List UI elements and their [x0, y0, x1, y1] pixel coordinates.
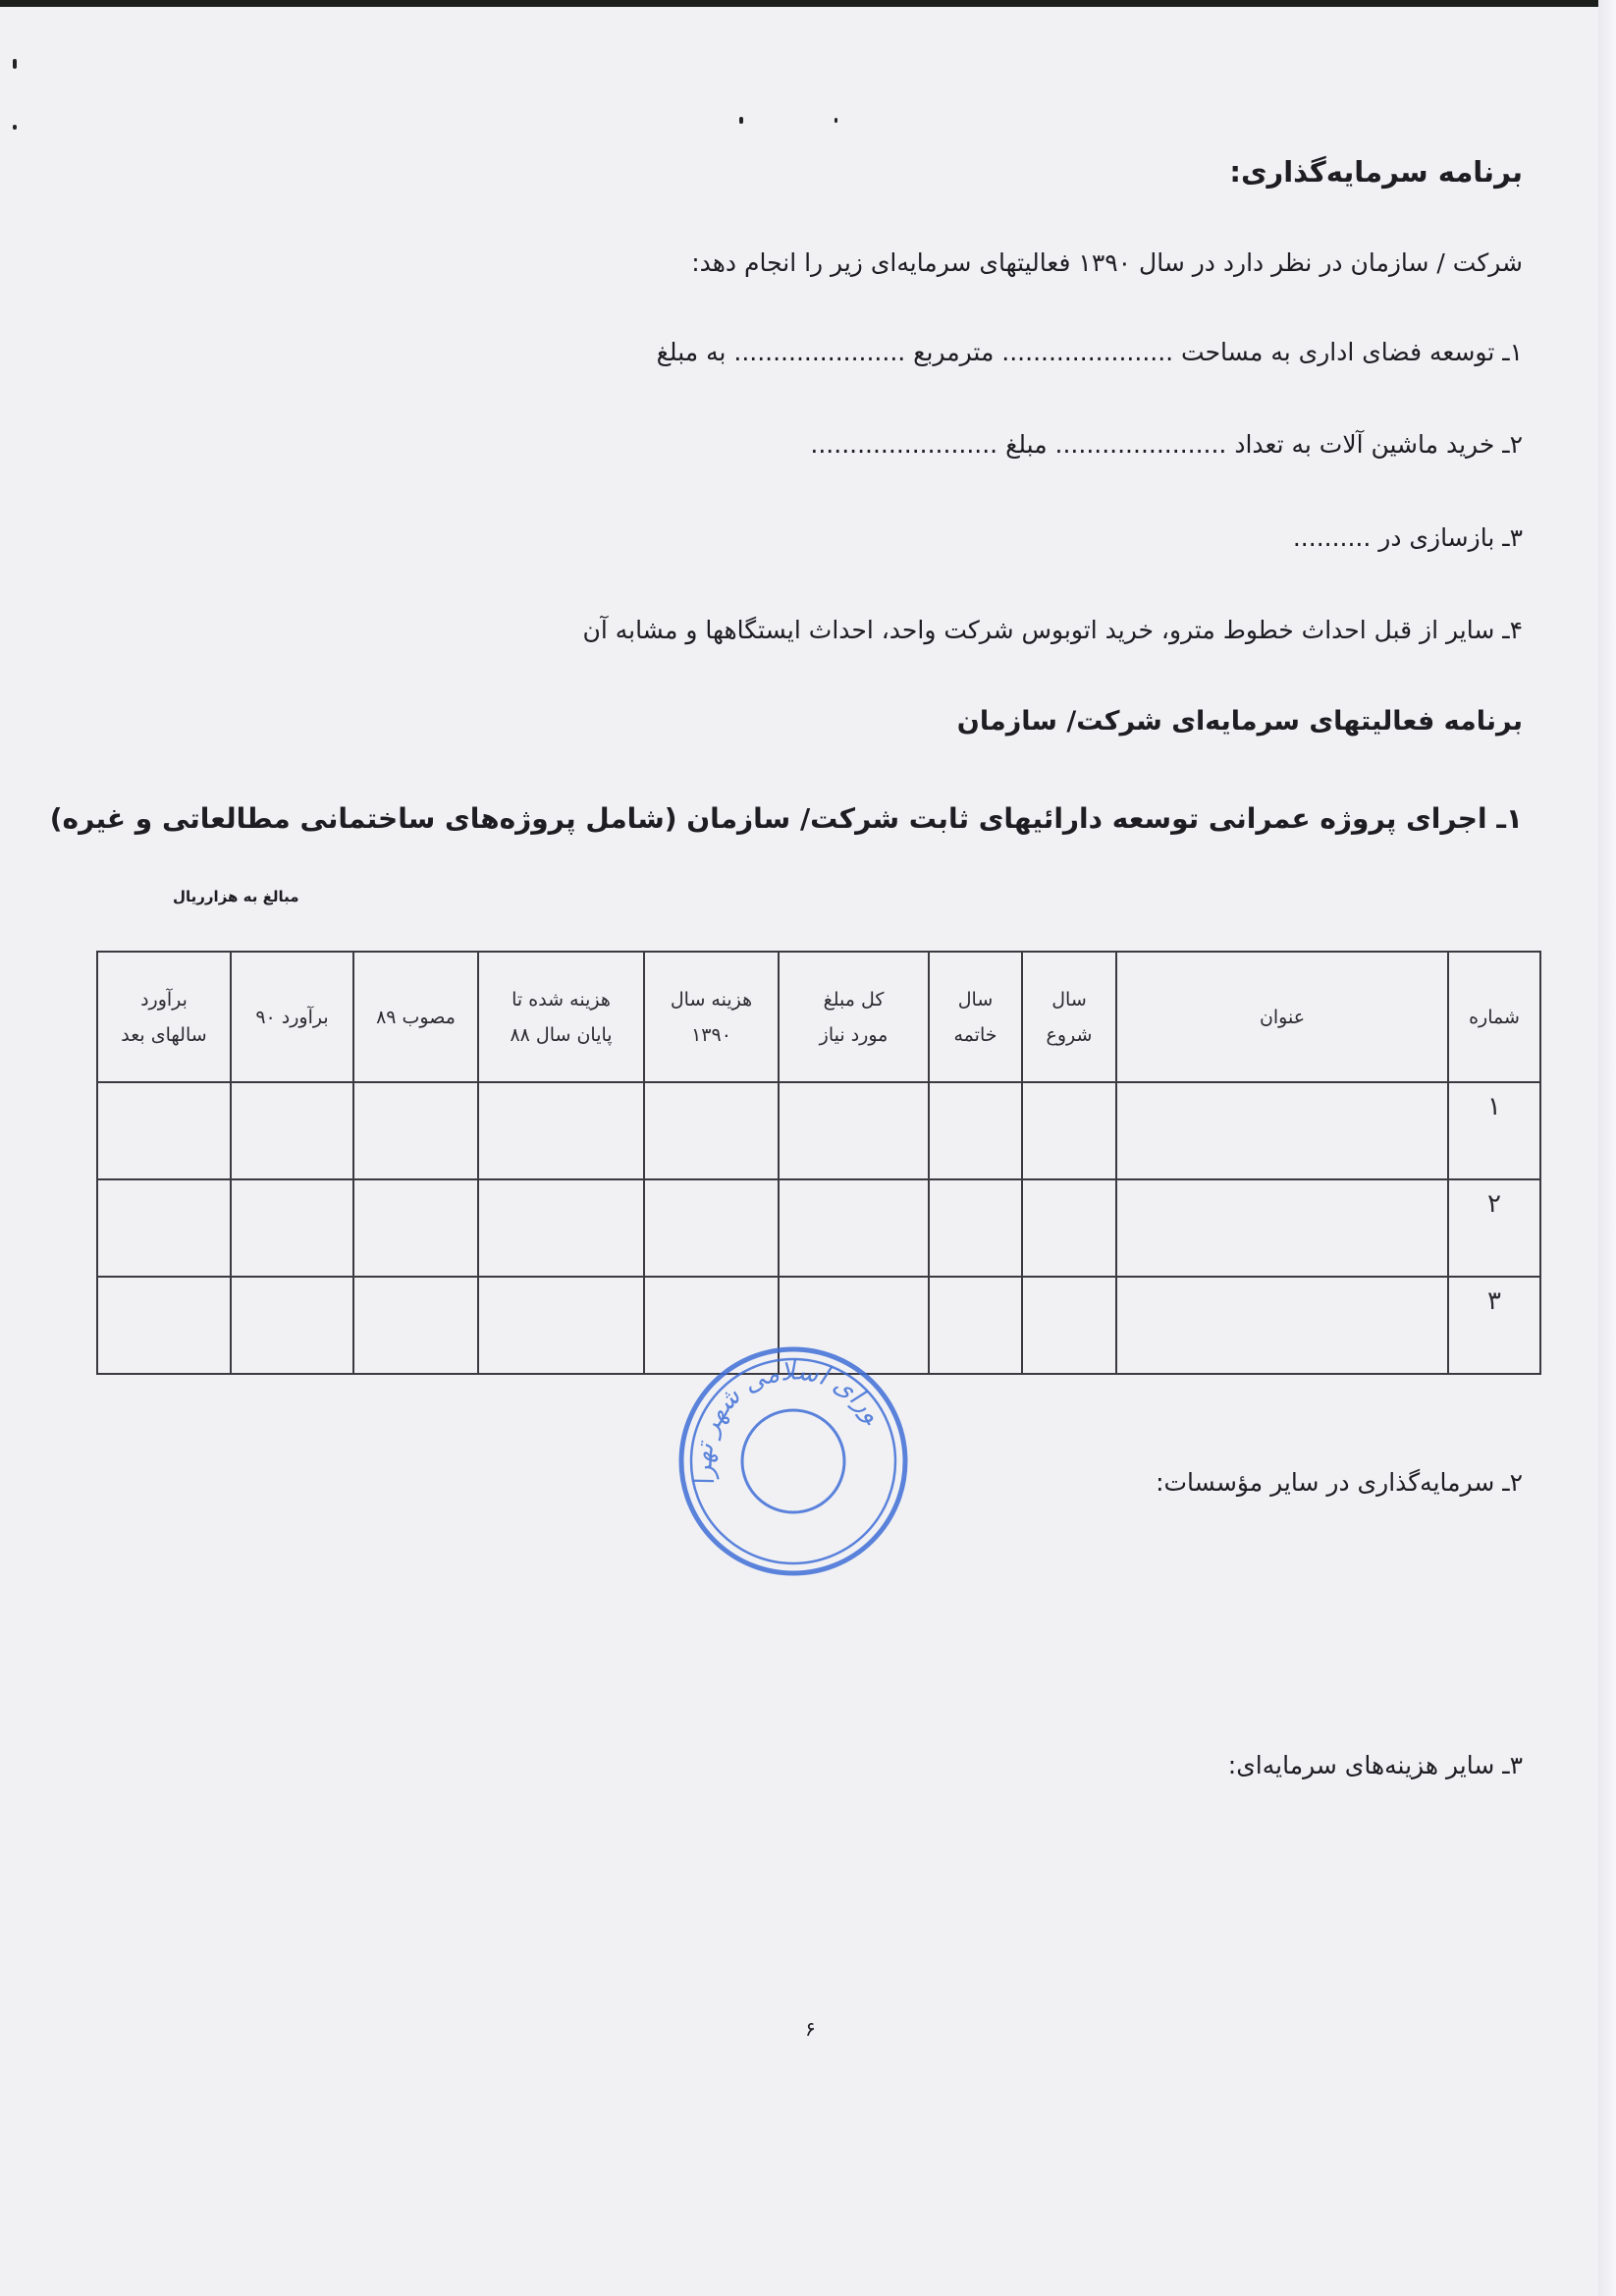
table-row: ۲ — [97, 1179, 1540, 1277]
unit-note: مبالغ به هزارریال — [173, 888, 299, 905]
scan-top-edge — [0, 0, 1616, 7]
cell-cost-1390[interactable] — [644, 1082, 779, 1179]
cell-spent-to-88[interactable] — [478, 1277, 644, 1374]
subsection-3-title: ۳ـ سایر هزینه‌های سرمایه‌ای: — [1228, 1746, 1523, 1785]
col-header-end-year: سالخاتمه — [929, 952, 1022, 1082]
cell-cost-1390[interactable] — [644, 1179, 779, 1277]
col-header-spent-to-88: هزینه شده تاپایان سال ۸۸ — [478, 952, 644, 1082]
row-number: ۲ — [1448, 1179, 1540, 1277]
cell-spent-to-88[interactable] — [478, 1179, 644, 1277]
subsection-2-title: ۲ـ سرمایه‌گذاری در سایر مؤسسات: — [1156, 1463, 1523, 1503]
official-seal-stamp-icon: شورای اسلامی شهر تهران — [675, 1343, 911, 1579]
list-item: ۴ـ سایر از قبل احداث خطوط مترو، خرید اتو… — [582, 611, 1523, 650]
scan-speck — [739, 117, 743, 124]
subsection-1-title: ۱ـ اجرای پروژه عمرانی توسعه دارائیهای ثا… — [50, 799, 1523, 839]
scan-right-edge — [1598, 0, 1616, 2296]
cell-estimate-later[interactable] — [97, 1179, 231, 1277]
cell-approved-89[interactable] — [353, 1179, 478, 1277]
scan-speck — [13, 125, 17, 130]
cell-title[interactable] — [1116, 1277, 1448, 1374]
scan-speck — [835, 118, 837, 123]
cell-estimate-90[interactable] — [231, 1277, 353, 1374]
cell-start-year[interactable] — [1022, 1082, 1116, 1179]
row-number: ۳ — [1448, 1277, 1540, 1374]
cell-approved-89[interactable] — [353, 1277, 478, 1374]
cell-end-year[interactable] — [929, 1082, 1022, 1179]
col-header-total-required: کل مبلغمورد نیاز — [779, 952, 929, 1082]
col-header-title: عنوان — [1116, 952, 1448, 1082]
cell-estimate-90[interactable] — [231, 1179, 353, 1277]
cell-approved-89[interactable] — [353, 1082, 478, 1179]
col-header-start-year: سالشروع — [1022, 952, 1116, 1082]
cell-estimate-later[interactable] — [97, 1277, 231, 1374]
scan-speck — [13, 59, 17, 69]
list-item: ۲ـ خرید ماشین آلات به تعداد ............… — [810, 425, 1523, 465]
row-number: ۱ — [1448, 1082, 1540, 1179]
section-title: برنامه سرمایه‌گذاری: — [1229, 152, 1523, 191]
program-title: برنامه فعالیتهای سرمایه‌ای شرکت/ سازمان — [957, 702, 1523, 741]
col-header-estimate-later: برآوردسالهای بعد — [97, 952, 231, 1082]
cell-start-year[interactable] — [1022, 1277, 1116, 1374]
col-header-approved-89: مصوب ۸۹ — [353, 952, 478, 1082]
cell-total-required[interactable] — [779, 1179, 929, 1277]
cell-title[interactable] — [1116, 1082, 1448, 1179]
table-row: ۱ — [97, 1082, 1540, 1179]
cell-end-year[interactable] — [929, 1277, 1022, 1374]
svg-text:شورای اسلامی شهر تهران: شورای اسلامی شهر تهران — [675, 1343, 889, 1490]
col-header-number: شماره — [1448, 952, 1540, 1082]
intro-text: شرکت / سازمان در نظر دارد در سال ۱۳۹۰ فع… — [691, 244, 1523, 283]
list-item: ۳ـ بازسازی در .......... — [1293, 519, 1523, 558]
capital-projects-table: شماره عنوان سالشروع سالخاتمه کل مبلغمورد… — [96, 951, 1541, 1375]
list-item: ۱ـ توسعه فضای اداری به مساحت ...........… — [657, 333, 1523, 372]
page-number: ۶ — [805, 2017, 816, 2041]
cell-spent-to-88[interactable] — [478, 1082, 644, 1179]
cell-end-year[interactable] — [929, 1179, 1022, 1277]
cell-estimate-90[interactable] — [231, 1082, 353, 1179]
cell-title[interactable] — [1116, 1179, 1448, 1277]
cell-start-year[interactable] — [1022, 1179, 1116, 1277]
table-header-row: شماره عنوان سالشروع سالخاتمه کل مبلغمورد… — [97, 952, 1540, 1082]
cell-total-required[interactable] — [779, 1082, 929, 1179]
cell-estimate-later[interactable] — [97, 1082, 231, 1179]
col-header-estimate-90: برآورد ۹۰ — [231, 952, 353, 1082]
col-header-cost-1390: هزینه سال۱۳۹۰ — [644, 952, 779, 1082]
